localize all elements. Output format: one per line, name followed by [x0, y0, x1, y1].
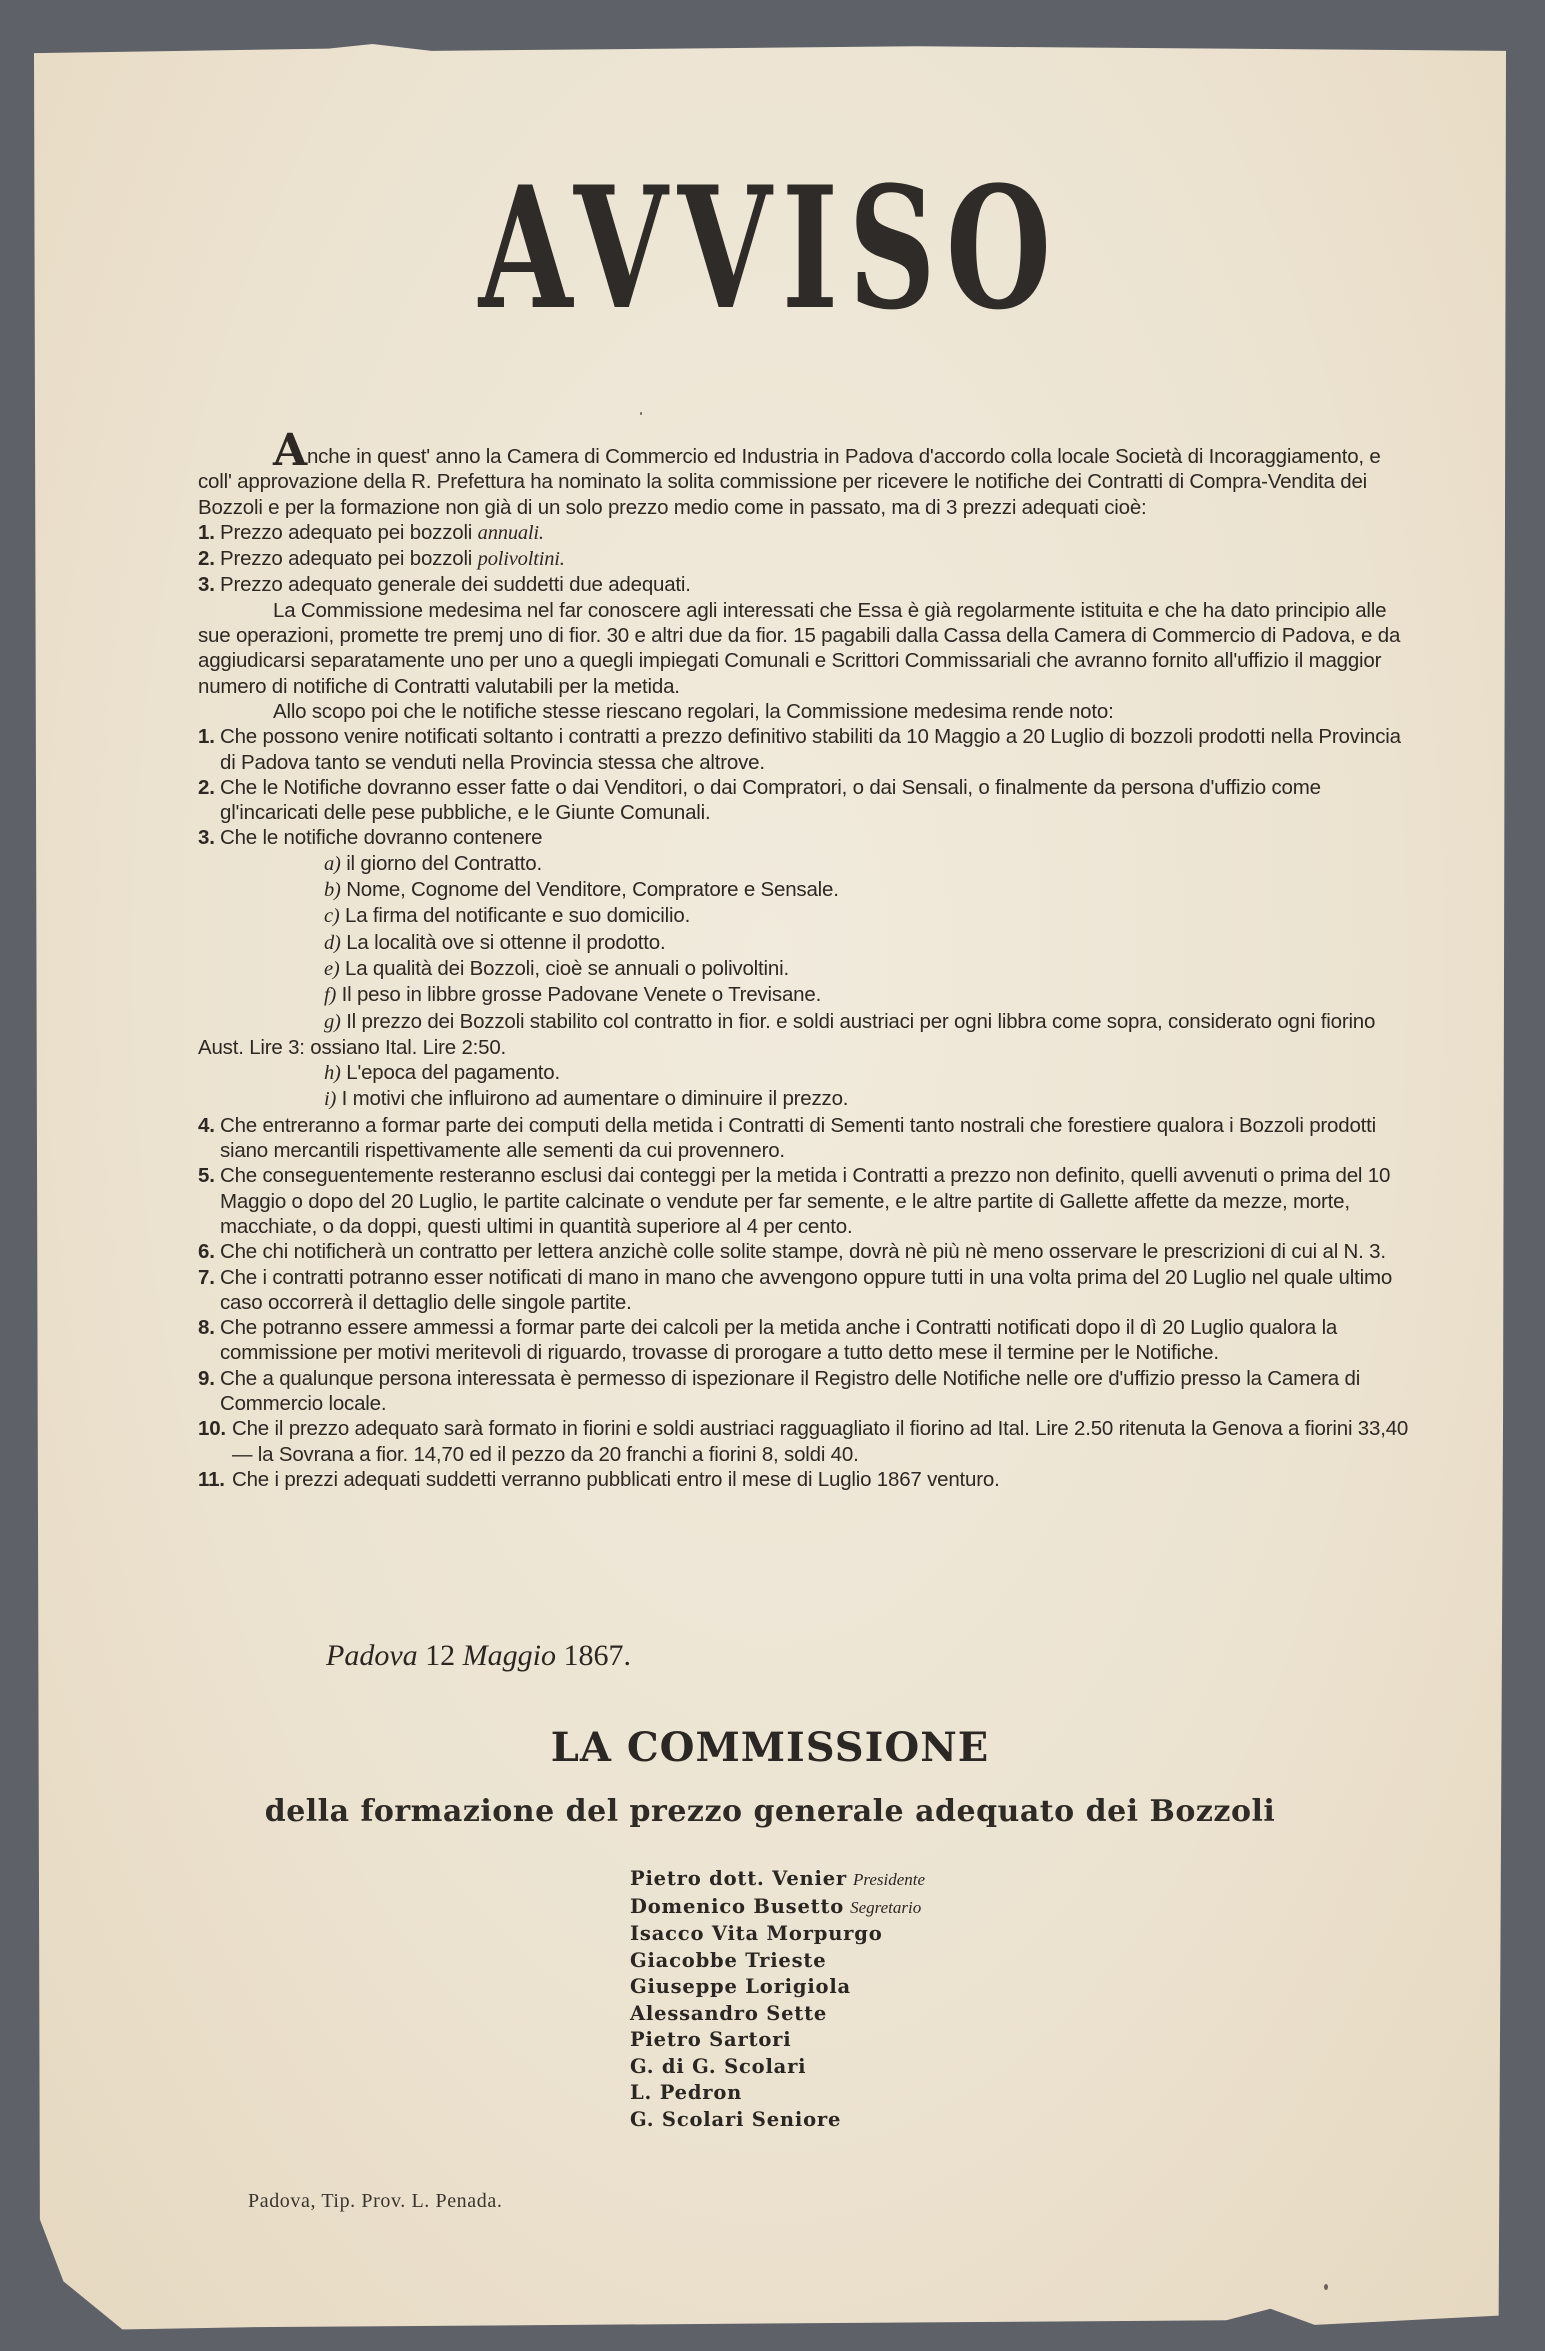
member: Isacco Vita Morpurgo [630, 1921, 925, 1948]
rule-item: 7.Che i contratti potranno esser notific… [198, 1265, 1414, 1316]
paper-speck [1324, 2284, 1328, 2290]
price-item: 1.Prezzo adequato pei bozzoli annuali. [198, 520, 1414, 546]
content-item: e) La qualità dei Bozzoli, cioè se annua… [198, 956, 1414, 982]
member: L. Pedron [630, 2080, 925, 2107]
paper-speck [640, 412, 642, 415]
rule-item: 10.Che il prezzo adequato sarà formato i… [198, 1416, 1414, 1467]
content-item: d) La località ove si ottenne il prodott… [198, 930, 1414, 956]
price-item: 3.Prezzo adequato generale dei suddetti … [198, 572, 1414, 597]
member: Pietro Sartori [630, 2027, 925, 2054]
poster-sheet: AVVISO Anche in quest' anno la Camera di… [34, 44, 1506, 2334]
rule-item: 3.Che le notifiche dovranno contenere [198, 825, 1414, 850]
content-item: b) Nome, Cognome del Venditore, Comprato… [198, 877, 1414, 903]
rule-item: 9.Che a qualunque persona interessata è … [198, 1366, 1414, 1417]
member-list: Pietro dott. VenierPresidente Domenico B… [630, 1866, 925, 2133]
printer-imprint: Padova, Tip. Prov. L. Penada. [248, 2190, 502, 2213]
content-item: f) Il peso in libbre grosse Padovane Ven… [198, 982, 1414, 1008]
rule-item: 4.Che entreranno a formar parte dei comp… [198, 1113, 1414, 1164]
member: Giacobbe Trieste [630, 1948, 925, 1975]
member: Alessandro Sette [630, 2001, 925, 2028]
commission-heading: LA COMMISSIONE [34, 1724, 1506, 1771]
issue-date: Padova 12 Maggio 1867. [326, 1639, 631, 1673]
rule-item: 1.Che possono venire notificati soltanto… [198, 724, 1414, 775]
commission-subheading: della formazione del prezzo generale ade… [34, 1794, 1506, 1829]
rule-item: 5.Che conseguentemente resteranno esclus… [198, 1163, 1414, 1239]
content-item: i) I motivi che influirono ad aumentare … [198, 1086, 1414, 1112]
notice-body: Anche in quest' anno la Camera di Commer… [198, 444, 1414, 1492]
member: Domenico BusettoSegretario [630, 1894, 925, 1922]
intro-text: nche in quest' anno la Camera di Commerc… [198, 445, 1381, 519]
content-item: g) Il prezzo dei Bozzoli stabilito col c… [198, 1009, 1414, 1061]
content-item: c) La firma del notificante e suo domici… [198, 903, 1414, 929]
purpose-paragraph: Allo scopo poi che le notifiche stesse r… [198, 699, 1414, 724]
rule-item: 11.Che i prezzi adequati suddetti verran… [198, 1467, 1414, 1492]
member: Giuseppe Lorigiola [630, 1974, 925, 2001]
rule-item: 6.Che chi notificherà un contratto per l… [198, 1239, 1414, 1264]
drop-cap: A [273, 425, 307, 476]
price-item: 2.Prezzo adequato pei bozzoli polivoltin… [198, 546, 1414, 572]
poster-title: AVVISO [240, 164, 1300, 332]
member: G. di G. Scolari [630, 2054, 925, 2081]
intro-paragraph: Anche in quest' anno la Camera di Commer… [198, 444, 1414, 520]
content-item: a) il giorno del Contratto. [198, 851, 1414, 877]
content-item: h) L'epoca del pagamento. [198, 1060, 1414, 1086]
member: G. Scolari Seniore [630, 2107, 925, 2134]
commission-paragraph: La Commissione medesima nel far conoscer… [198, 598, 1414, 699]
member: Pietro dott. VenierPresidente [630, 1866, 925, 1894]
rule-item: 8.Che potranno essere ammessi a formar p… [198, 1315, 1414, 1366]
rule-item: 2.Che le Notifiche dovranno esser fatte … [198, 775, 1414, 826]
